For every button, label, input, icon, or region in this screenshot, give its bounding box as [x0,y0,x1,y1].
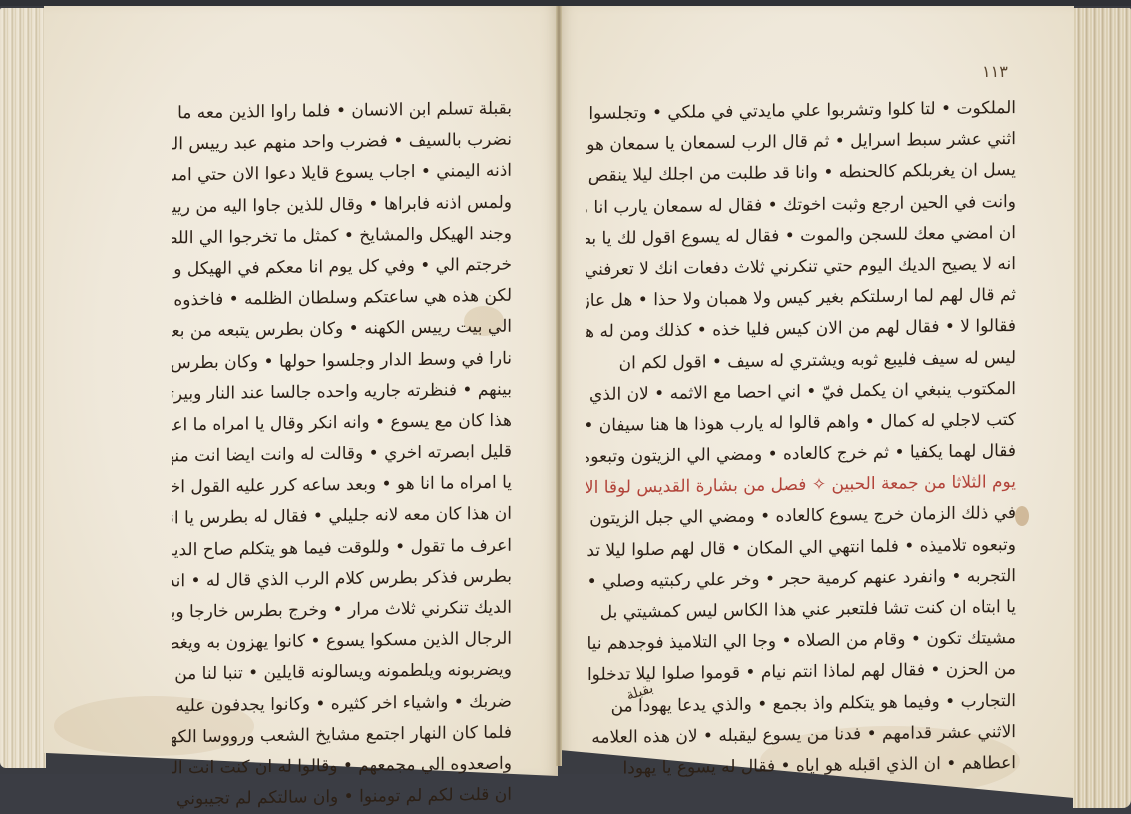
text-line: ويضربونه ويلطمونه ويسالونه قايلين • تنبا… [172,655,512,691]
right-page-text: الملكوت • لتا كلوا وتشربوا علي مايدتي في… [586,96,1016,782]
text-line: قليل ابصرته اخري • وقالت له وانت ايضا ان… [172,437,512,473]
text-line: هذا كان مع يسوع • وانه انكر وقال يا امرا… [172,406,512,442]
background-top [0,0,1131,6]
text-line: بقبلة تسلم ابن الانسان • فلما راوا الذين… [172,94,512,130]
text-line: ولمس اذنه فابراها • وقال للذين جاوا اليه… [172,187,512,223]
text-line: فلما كان النهار اجتمع مشايخ الشعب ورووسا… [172,717,512,753]
text-line: الديك تنكرني ثلاث مرار • وخرج بطرس خارجا… [172,593,512,629]
text-line: خرجتم الي • وفي كل يوم انا معكم في الهيك… [172,250,512,286]
text-line: ان هذا كان معه لانه جليلي • فقال له بطرس… [172,499,512,535]
text-line: لكن هذه هي ساعتكم وسلطان الظلمه • فاخذوه… [172,281,512,317]
book-gutter [556,6,562,766]
left-page-edges [0,8,46,768]
text-line: اعرف ما تقول • وللوقت فيما هو يتكلم صاح … [172,530,512,566]
text-line: وجند الهيكل والمشايخ • كمثل ما تخرجوا ال… [172,218,512,254]
folio-number: ١١٣ [982,62,1008,81]
paper-stain [1015,506,1029,526]
manuscript-photo: ١١٣ بقبلة تسلم ابن الانسان • فلما راوا ا… [0,0,1131,814]
text-line: بينهم • فنظرته جاريه واحده جالسا عند الن… [172,374,512,410]
text-line: ضربك • واشياء اخر كثيره • وكانوا يجدفون … [172,686,512,722]
right-page-edges [1073,8,1131,808]
text-line: نارا في وسط الدار وجلسوا حولها • وكان بط… [172,343,512,379]
text-line: اعطاهم • ان الذي اقبله هو اياه • فقال له… [586,748,1016,785]
text-line: اذنه اليمني • اجاب يسوع قايلا دعوا الان … [172,156,512,192]
text-line: واصعدوه الي مجمعهم • وقالوا له ان كنت ان… [172,749,512,785]
text-line: بطرس فذكر بطرس كلام الرب الذي قال له • ا… [172,561,512,597]
text-line: الي بيت رييس الكهنه • وكان بطرس يتبعه من… [172,312,512,348]
text-line: ان قلت لكم لم تومنوا • وان سالتكم لم تجي… [172,780,512,814]
left-page-text: بقبلة تسلم ابن الانسان • فلما راوا الذين… [172,96,512,813]
